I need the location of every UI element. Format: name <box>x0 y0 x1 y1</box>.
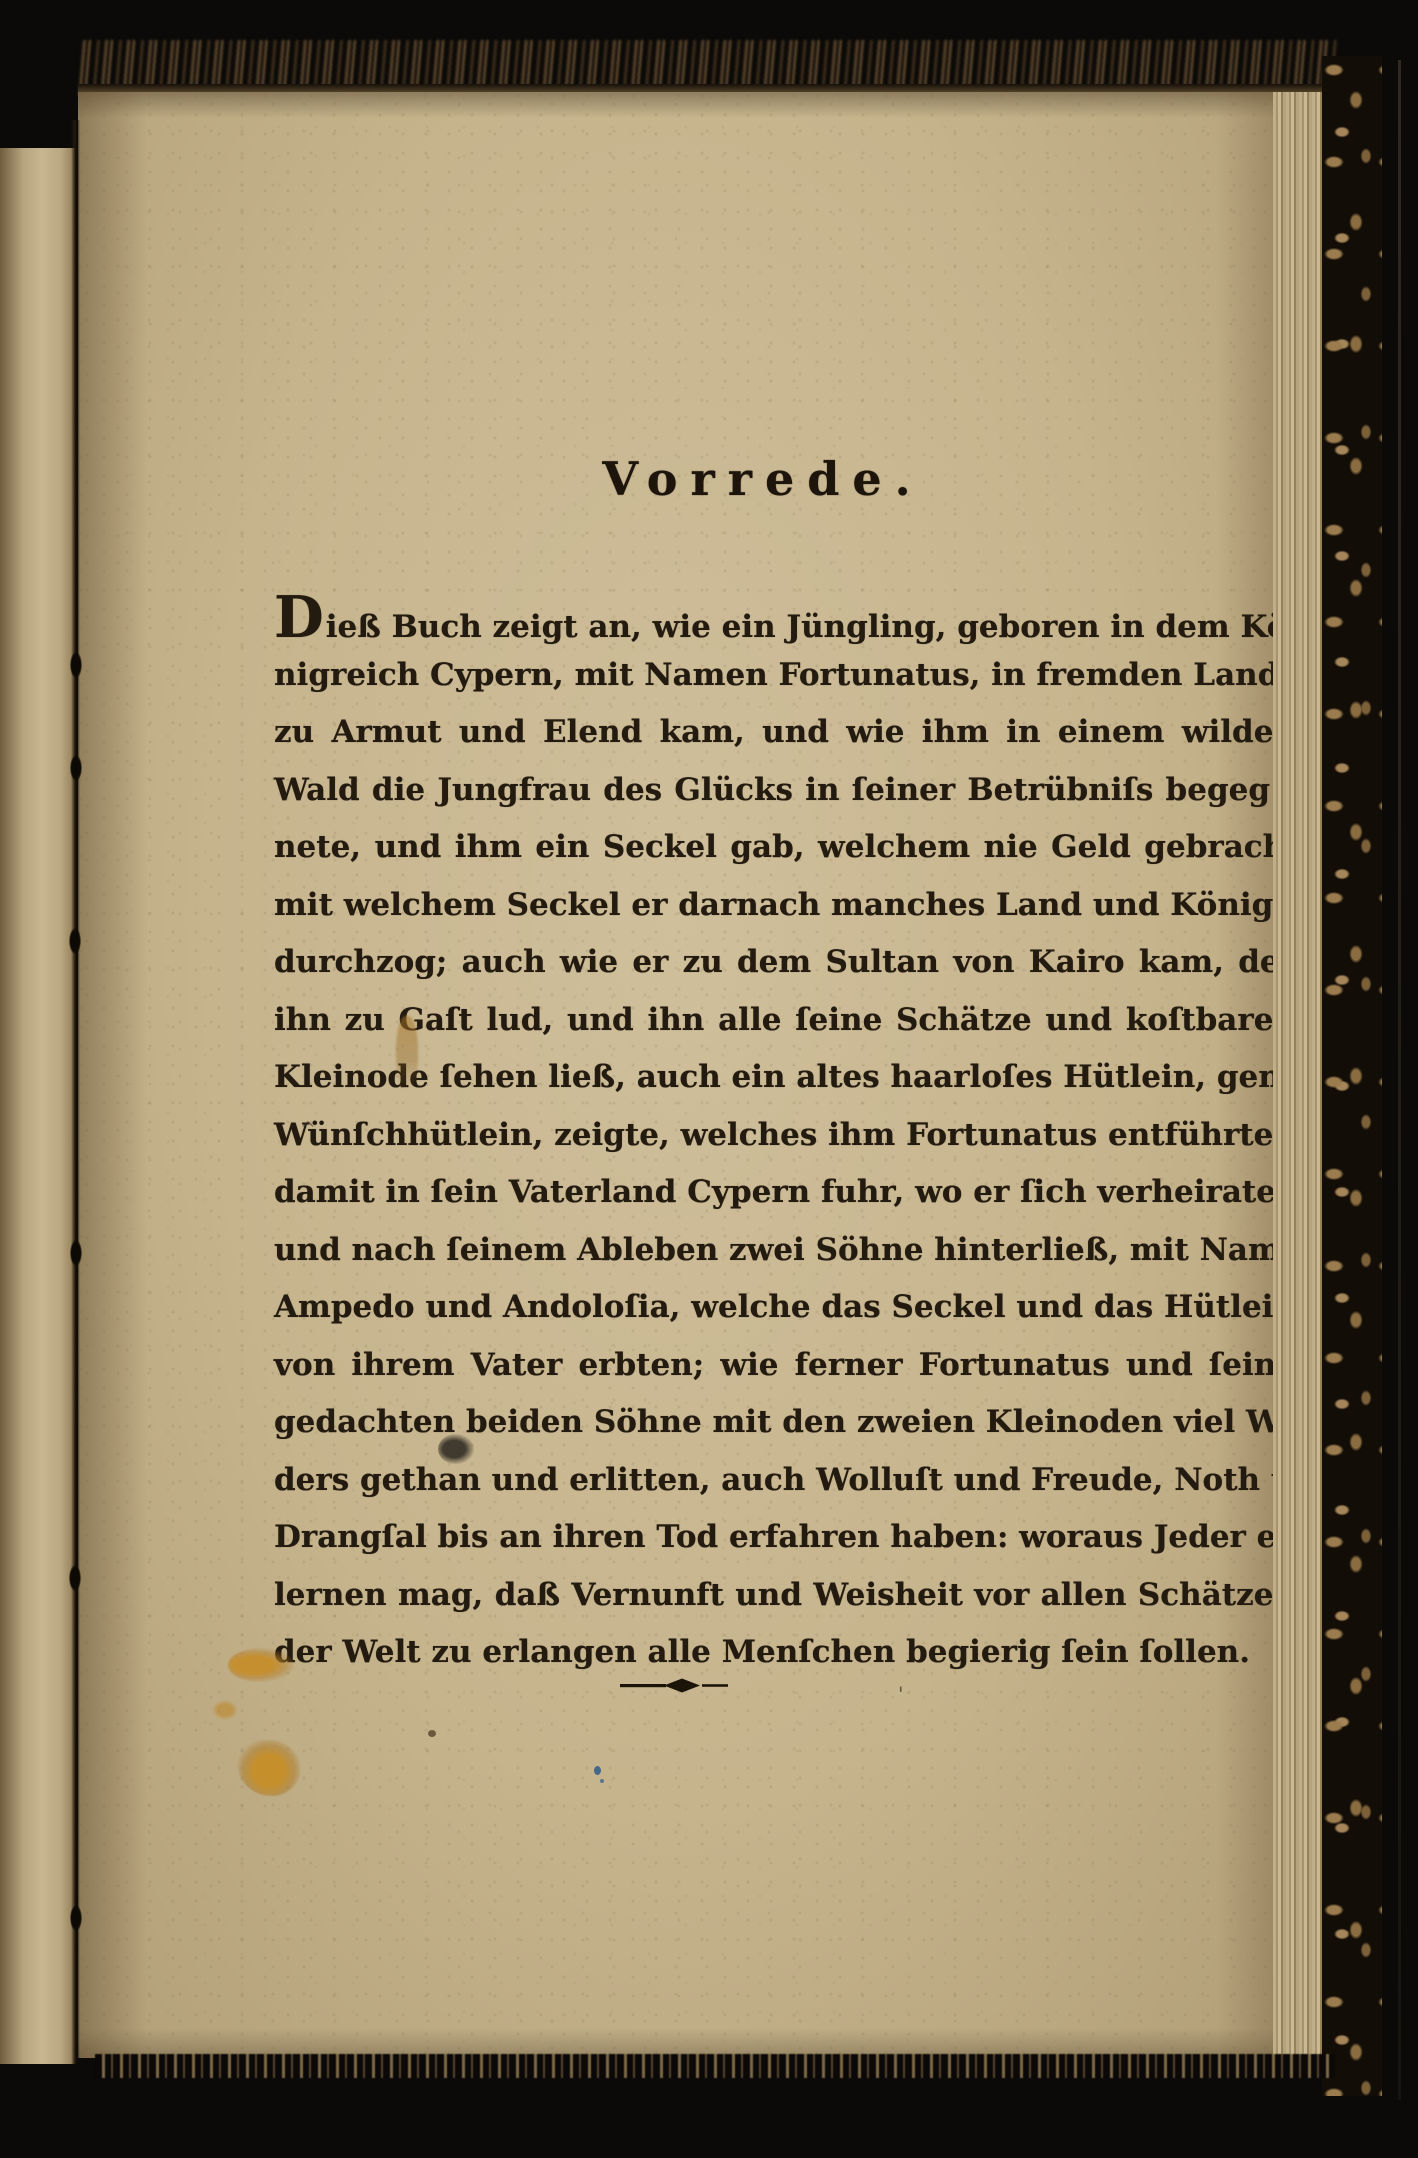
page-edge-striations <box>1273 92 1326 2058</box>
amber-stain <box>228 1648 294 1682</box>
text-line: nigreich Cypern, mit Namen Fortunatus, i… <box>274 647 1296 705</box>
text-line: Wünſchhütlein, zeigte, welches ihm Fortu… <box>274 1107 1296 1165</box>
text-line: ders gethan und erlitten, auch Wolluſt u… <box>274 1452 1296 1510</box>
text-line: der Welt zu erlangen alle Menſchen begie… <box>274 1624 1296 1682</box>
binding-stitch <box>70 1240 82 1266</box>
blue-ink-speck <box>600 1779 604 1783</box>
blue-ink-speck <box>594 1766 601 1775</box>
bottom-page-edge-fringe <box>95 2054 1335 2078</box>
diamond-rule-ornament <box>620 1676 730 1694</box>
text-line: durchzog; auch wie er zu dem Sultan von … <box>274 934 1296 992</box>
page-title: Vorrede. <box>253 452 1273 506</box>
text-line: Ampedo und Andoloſia, welche das Seckel … <box>274 1279 1296 1337</box>
binding-stitch <box>69 1565 81 1591</box>
text-line: nete, und ihm ein Seckel gab, welchem ni… <box>274 819 1296 877</box>
gutter-seam <box>71 120 80 2064</box>
text-line: Kleinode ſehen ließ, auch ein altes haar… <box>274 1049 1296 1107</box>
cover-edge-highlight <box>1398 60 1401 2100</box>
book-scan: Vorrede. Dieß Buch zeigt an, wie ein Jün… <box>0 0 1418 2158</box>
text-line: damit in ſein Vaterland Cypern fuhr, wo … <box>274 1164 1296 1222</box>
binding-stitch <box>70 652 82 678</box>
insertion-caret-mark: ^ <box>300 1118 316 1140</box>
text-line: Drangſal bis an ihren Tod erfahren haben… <box>274 1509 1296 1567</box>
text-line: lernen mag, daß Vernunft und Weisheit vo… <box>274 1567 1296 1625</box>
amber-stain-streak <box>396 1016 418 1090</box>
text-line: von ihrem Vater erbten; wie ferner Fortu… <box>274 1337 1296 1395</box>
text-line: mit welchem Seckel er darnach manches La… <box>274 877 1296 935</box>
binding-stitch <box>69 928 81 954</box>
text-line: Dieß Buch zeigt an, wie ein Jüngling, ge… <box>274 589 1296 647</box>
marbled-fore-edge <box>1322 56 1382 2096</box>
facing-page-strip <box>0 148 76 2064</box>
text-line: gedachten beiden Söhne mit den zweien Kl… <box>274 1394 1296 1452</box>
ink-blot <box>438 1434 474 1464</box>
dark-speck <box>428 1730 436 1737</box>
text-line: ihn zu Gaſt lud, und ihn alle ſeine Schä… <box>274 992 1296 1050</box>
binding-stitch <box>70 1905 82 1931</box>
text-line: und nach ſeinem Ableben zwei Söhne hinte… <box>274 1222 1296 1280</box>
text-line: Wald die Jungfrau des Glücks in ſeiner B… <box>274 762 1296 820</box>
preface-paragraph: Dieß Buch zeigt an, wie ein Jüngling, ge… <box>274 589 1296 1682</box>
binding-stitch <box>70 755 82 781</box>
text-line: zu Armut und Elend kam, und wie ihm in e… <box>274 704 1296 762</box>
margin-tick-mark: ' <box>898 1682 904 1706</box>
amber-stain <box>212 1700 238 1720</box>
